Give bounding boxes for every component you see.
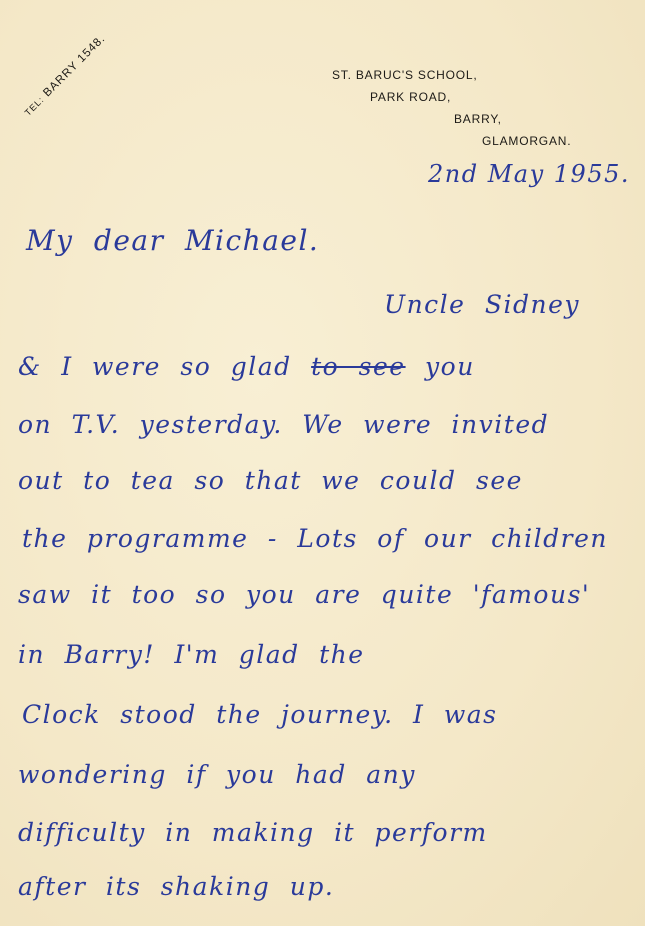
body-line-6: saw it too so you are quite 'famous' <box>18 580 590 609</box>
body-line-2-text: & I were so glad <box>18 352 292 381</box>
body-line-11: after its shaking up. <box>18 872 334 901</box>
letterhead-telephone: TEL: BARRY 1548. <box>22 33 108 119</box>
telephone-number: BARRY 1548. <box>41 33 108 100</box>
body-line-2: & I were so glad to see you <box>18 352 475 381</box>
body-line-5: the programme - Lots of our children <box>22 524 608 553</box>
address-line-school: ST. BARUC'S SCHOOL, <box>332 68 478 82</box>
address-line-county: GLAMORGAN. <box>482 134 571 148</box>
address-line-road: PARK ROAD, <box>370 90 451 104</box>
body-line-3: on T.V. yesterday. We were invited <box>18 410 549 439</box>
body-line-10: difficulty in making it perform <box>18 818 488 847</box>
body-line-8: Clock stood the journey. I was <box>22 700 498 729</box>
salutation: My dear Michael. <box>26 224 319 257</box>
body-line-2-end: you <box>425 352 475 381</box>
body-line-1: Uncle Sidney <box>384 290 580 319</box>
letter-page: TEL: BARRY 1548. ST. BARUC'S SCHOOL, PAR… <box>0 0 645 926</box>
body-line-7: in Barry! I'm glad the <box>18 640 365 669</box>
letter-date: 2nd May 1955. <box>428 160 630 188</box>
struck-text: to see <box>311 352 405 381</box>
body-line-4: out to tea so that we could see <box>18 466 523 495</box>
telephone-prefix: TEL: <box>23 94 46 117</box>
body-line-9: wondering if you had any <box>18 760 416 789</box>
address-line-town: BARRY, <box>454 112 502 126</box>
